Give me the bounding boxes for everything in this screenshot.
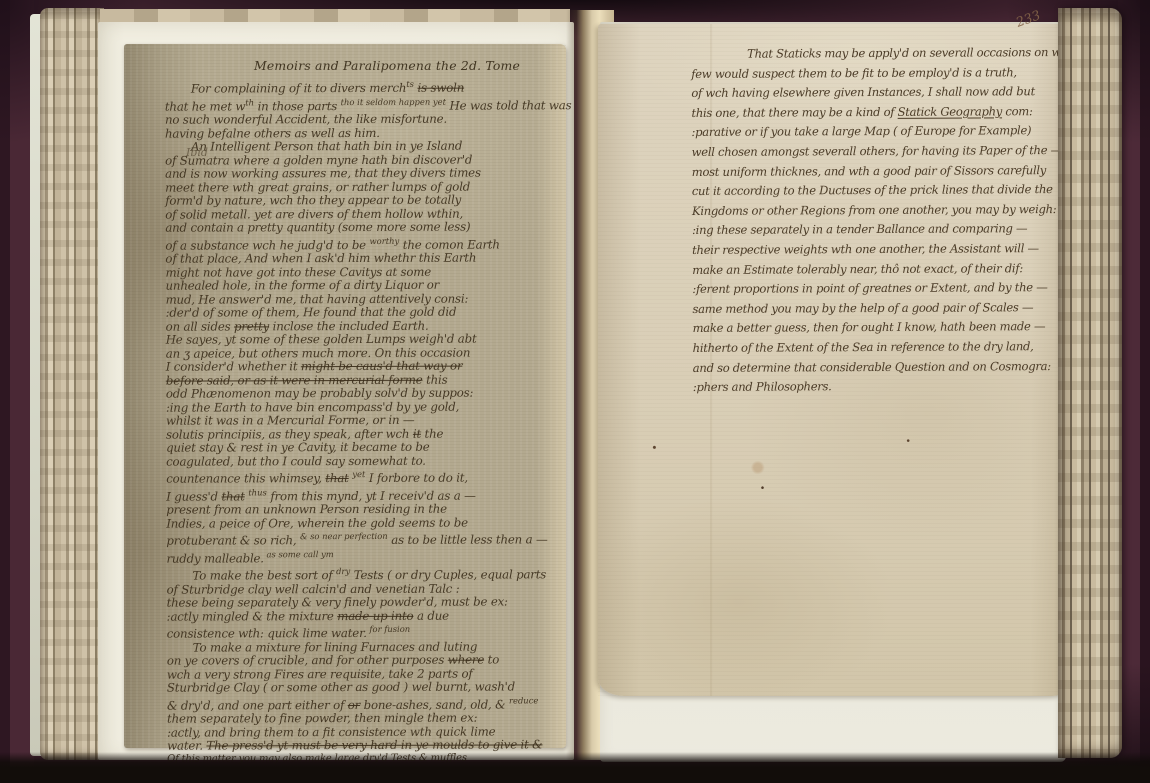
manuscript-line: of a substance wch he judg'd to be worth… <box>165 234 553 253</box>
manuscript-line: :actly mingled & the mixture made up int… <box>167 609 555 624</box>
left-page-edges <box>40 8 104 760</box>
manuscript-line: and contain a pretty quantity (some more… <box>165 220 553 235</box>
manuscript-line: :ing these separately in a tender Ballan… <box>692 219 1064 241</box>
manuscript-line: ruddy malleable. as some call ym <box>166 547 554 566</box>
manuscript-line: For complaining of it to divers merchts … <box>165 77 553 96</box>
manuscript-line: To make the best sort of dry Tests ( or … <box>166 564 554 583</box>
manuscript-line: hitherto of the Extent of the Sea in ref… <box>693 337 1065 359</box>
right-fore-edge-pages <box>1058 8 1122 758</box>
manuscript-line: That Staticks may be apply'd on severall… <box>691 43 1063 65</box>
manuscript-line: protuberant & so rich, & so near perfect… <box>166 529 554 548</box>
manuscript-line: Indies, a peice of Ore, wherein the gold… <box>166 516 554 531</box>
right-page-text: That Staticks may be apply'd on severall… <box>691 43 1065 398</box>
left-page-heading: Memoirs and Paralipomena the 2d. Tome <box>254 58 520 73</box>
manuscript-line: this one, that there may be a kind of St… <box>691 102 1063 124</box>
manuscript-line: & dry'd, and one part either of or bone-… <box>167 694 555 713</box>
manuscript-line: :phers and Philosophers. <box>693 376 1065 398</box>
manuscript-line: that he met wth in those parts tho it se… <box>165 95 553 114</box>
manuscript-line: :parative or if you take a large Map ( o… <box>691 121 1063 143</box>
manuscript-line: water. The press'd yt must be very hard … <box>167 738 555 753</box>
manuscript-line: I guess'd that thus from this mynd, yt I… <box>166 485 554 504</box>
manuscript-line: :ferent proportions in point of greatnes… <box>692 278 1064 300</box>
manuscript-line: make a better guess, then for ought I kn… <box>693 317 1065 339</box>
manuscript-line: Kingdoms or other Regions from one anoth… <box>692 200 1064 222</box>
manuscript-line: their respective weights wth one another… <box>692 239 1064 261</box>
book-bottom-shadow <box>0 752 1150 783</box>
manuscript-line: countenance this whimsey, that yet I for… <box>166 467 554 486</box>
manuscript-line: and so determine that considerable Quest… <box>693 357 1065 379</box>
manuscript-line: well chosen amongst severall others, for… <box>692 141 1064 163</box>
manuscript-line: consistence wth: quick lime water. for f… <box>167 622 555 641</box>
right-manuscript-leaf: That Staticks may be apply'd on severall… <box>598 24 1068 696</box>
manuscript-line: cut it according to the Ductuses of the … <box>692 180 1064 202</box>
left-manuscript-leaf: Memoirs and Paralipomena the 2d. Tome Ib… <box>124 44 566 748</box>
manuscript-line: Sturbridge Clay ( or some other as good … <box>167 680 555 695</box>
open-book-photo: Memoirs and Paralipomena the 2d. Tome Ib… <box>0 0 1150 783</box>
manuscript-line: same method you may by the help of a goo… <box>692 298 1064 320</box>
manuscript-line: few would suspect them to be fit to be e… <box>691 63 1063 85</box>
manuscript-line: most uniform thicknes, and wth a good pa… <box>692 161 1064 183</box>
manuscript-line: of wch having elsewhere given Instances,… <box>691 82 1063 104</box>
manuscript-line: make an Estimate tolerably near, thô not… <box>692 259 1064 281</box>
manuscript-line: coagulated, but tho I could say somewhat… <box>166 454 554 469</box>
left-page-text: For complaining of it to divers merchts … <box>165 77 555 778</box>
